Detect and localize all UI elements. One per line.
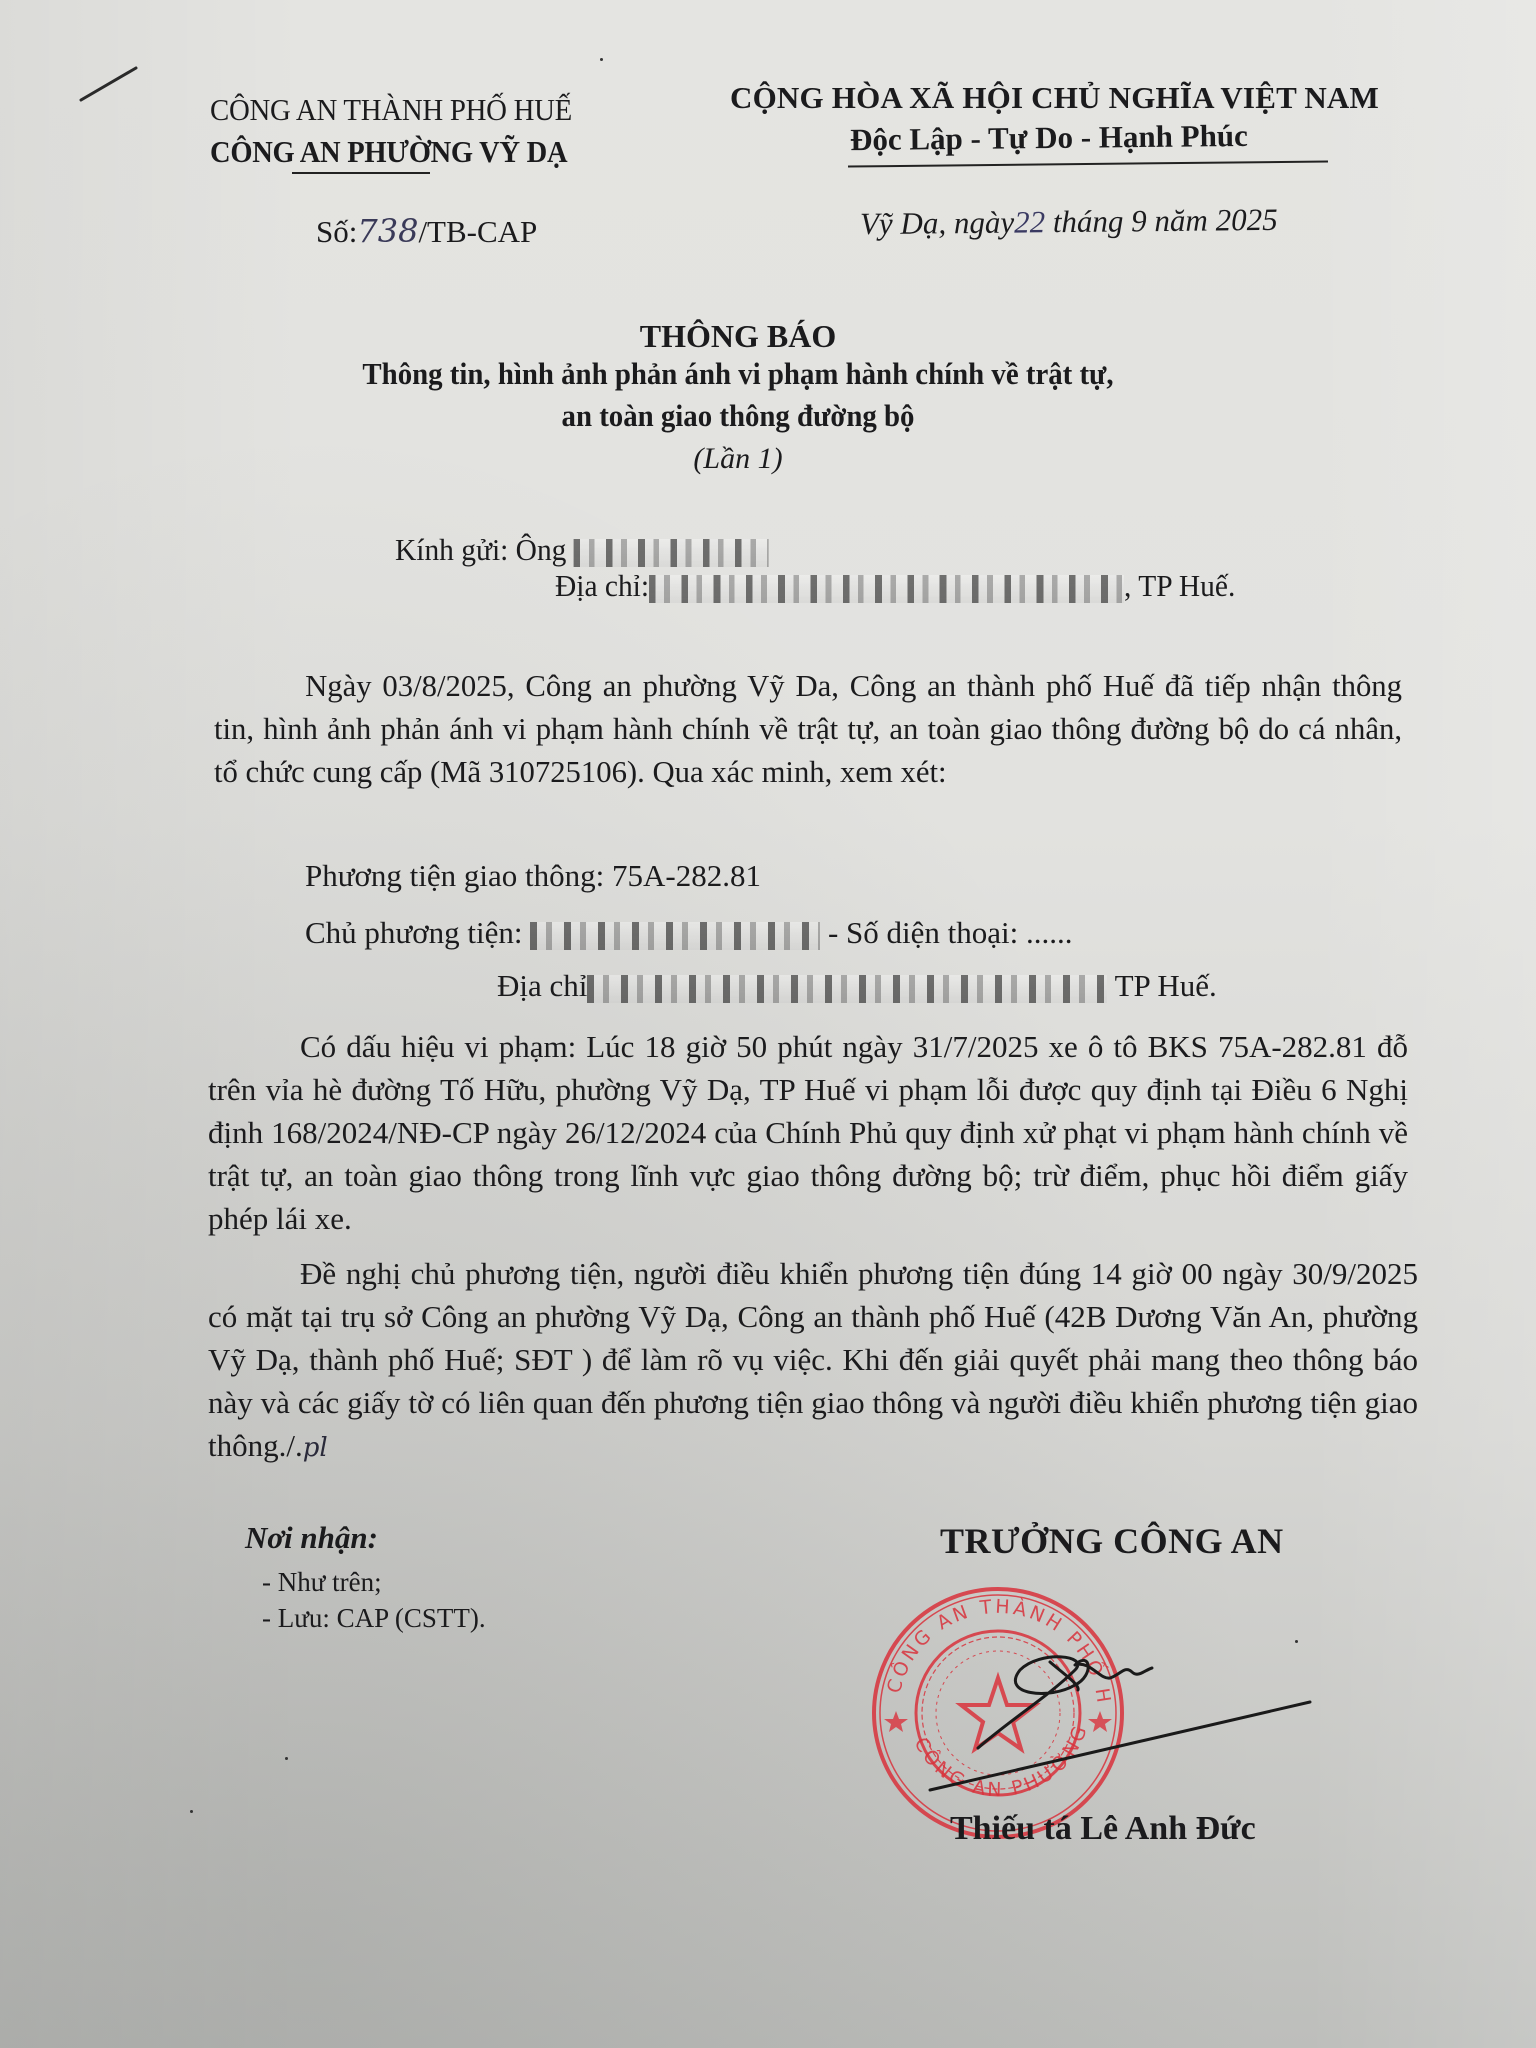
paragraph-request: Đề nghị chủ phương tiện, người điều khiể… <box>208 1252 1418 1470</box>
owner-name-redacted <box>530 922 820 950</box>
paragraph-request-text: Đề nghị chủ phương tiện, người điều khiể… <box>208 1256 1418 1463</box>
national-title: CỘNG HÒA XÃ HỘI CHỦ NGHĨA VIỆT NAM <box>730 80 1379 116</box>
place-date-suffix: tháng 9 năm 2025 <box>1053 202 1278 239</box>
recipient-line: Kính gửi: Ông <box>395 532 769 568</box>
paper-speck <box>1295 1640 1298 1643</box>
owner-address-redacted <box>587 975 1107 1003</box>
agency-line-1: CÔNG AN THÀNH PHỐ HUẾ <box>210 92 572 128</box>
recipient-address-redacted <box>649 575 1124 603</box>
recipient-item: - Như trên; <box>262 1567 382 1598</box>
recipient-name-redacted <box>574 539 769 567</box>
paragraph-violation: Có dấu hiệu vi phạm: Lúc 18 giờ 50 phút … <box>208 1025 1408 1240</box>
owner-address-line: Địa chỉ TP Huế. <box>497 968 1217 1004</box>
motto-underline <box>848 160 1328 167</box>
owner-address-suffix: TP Huế. <box>1115 968 1217 1003</box>
paper-speck <box>285 1757 288 1760</box>
document-title: THÔNG BÁO <box>0 318 1506 355</box>
doc-number-handwritten: 738 <box>357 212 418 250</box>
place-date-prefix: Vỹ Dạ, ngày <box>860 205 1014 242</box>
doc-number-suffix: /TB-CAP <box>418 214 537 249</box>
paper-speck <box>190 1810 193 1813</box>
phone-label: - Số diện thoại: ...... <box>828 915 1073 950</box>
signer-name: Thiếu tá Lê Anh Đức <box>950 1810 1256 1848</box>
document-subtitle-2: an toàn giao thông đường bộ <box>24 398 1452 434</box>
vehicle-line: Phương tiện giao thông: 75A-282.81 <box>305 858 761 894</box>
paragraph-violation-text: Có dấu hiệu vi phạm: Lúc 18 giờ 50 phút … <box>208 1029 1408 1236</box>
address-suffix: , TP Huế. <box>1124 568 1235 603</box>
address-label: Địa chỉ: <box>555 568 649 603</box>
signer-title: TRƯỞNG CÔNG AN <box>940 1520 1284 1562</box>
paper-speck <box>600 58 603 61</box>
document-number: Số:738/TB-CAP <box>316 212 537 250</box>
signature-icon <box>900 1640 1350 1810</box>
pen-mark <box>78 64 140 104</box>
recipient-item: - Lưu: CAP (CSTT). <box>262 1603 486 1634</box>
owner-address-label: Địa chỉ <box>497 968 587 1003</box>
vehicle-plate: 75A-282.81 <box>612 858 761 893</box>
document-edition: (Lần 1) <box>0 442 1506 476</box>
owner-line: Chủ phương tiện: - Số diện thoại: ...... <box>305 915 1073 951</box>
recipient-address-line: Địa chỉ:, TP Huế. <box>555 568 1235 604</box>
national-motto: Độc Lập - Tự Do - Hạnh Phúc <box>850 118 1248 158</box>
vehicle-label: Phương tiện giao thông: <box>305 858 604 893</box>
agency-underline <box>292 172 430 174</box>
document-subtitle-1: Thông tin, hình ảnh phản ánh vi phạm hàn… <box>24 356 1452 392</box>
recipient-label: Kính gửi: Ông <box>395 532 566 567</box>
place-date: Vỹ Dạ, ngày22 tháng 9 năm 2025 <box>860 202 1278 242</box>
day-handwritten: 22 <box>1014 204 1045 239</box>
paragraph-intro-text: Ngày 03/8/2025, Công an phường Vỹ Da, Cô… <box>214 668 1402 789</box>
agency-line-2: CÔNG AN PHƯỜNG VỸ DẠ <box>210 134 567 170</box>
paragraph-intro: Ngày 03/8/2025, Công an phường Vỹ Da, Cô… <box>214 664 1402 793</box>
owner-label: Chủ phương tiện: <box>305 915 522 950</box>
handwritten-initials: pl <box>303 1433 328 1463</box>
doc-number-prefix: Số: <box>316 214 357 249</box>
recipients-title: Nơi nhận: <box>245 1520 378 1556</box>
